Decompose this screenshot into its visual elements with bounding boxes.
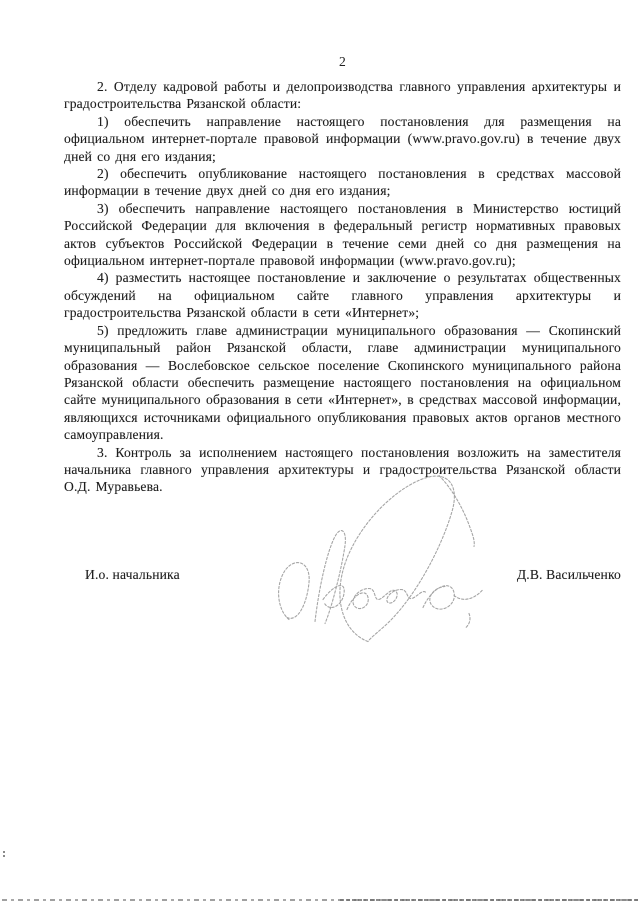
paragraph-subitem-3: 3) обеспечить направление настоящего пос… <box>64 200 621 270</box>
signer-position-label: И.о. начальника <box>85 566 180 583</box>
paragraph-subitem-4: 4) разместить настоящее постановление и … <box>64 269 621 321</box>
paragraph-block: 2. Отделу кадровой работы и делопроизвод… <box>64 78 621 496</box>
document-page: 2 2. Отделу кадровой работы и делопроизв… <box>0 0 640 905</box>
page-number: 2 <box>64 53 621 70</box>
paragraph-item-2: 2. Отделу кадровой работы и делопроизвод… <box>64 78 621 113</box>
paragraph-subitem-5: 5) предложить главе администрации муници… <box>64 322 621 444</box>
document-body: 2 2. Отделу кадровой работы и делопроизв… <box>64 53 621 496</box>
paragraph-subitem-1: 1) обеспечить направление настоящего пос… <box>64 113 621 165</box>
handwritten-signature-icon <box>273 466 488 654</box>
signer-name-label: Д.В. Васильченко <box>517 566 621 583</box>
paragraph-subitem-2: 2) обеспечить опубликование настоящего п… <box>64 165 621 200</box>
page-edge-dashed-line-dark-segment <box>340 899 638 901</box>
scan-artifact-dots <box>3 851 5 853</box>
